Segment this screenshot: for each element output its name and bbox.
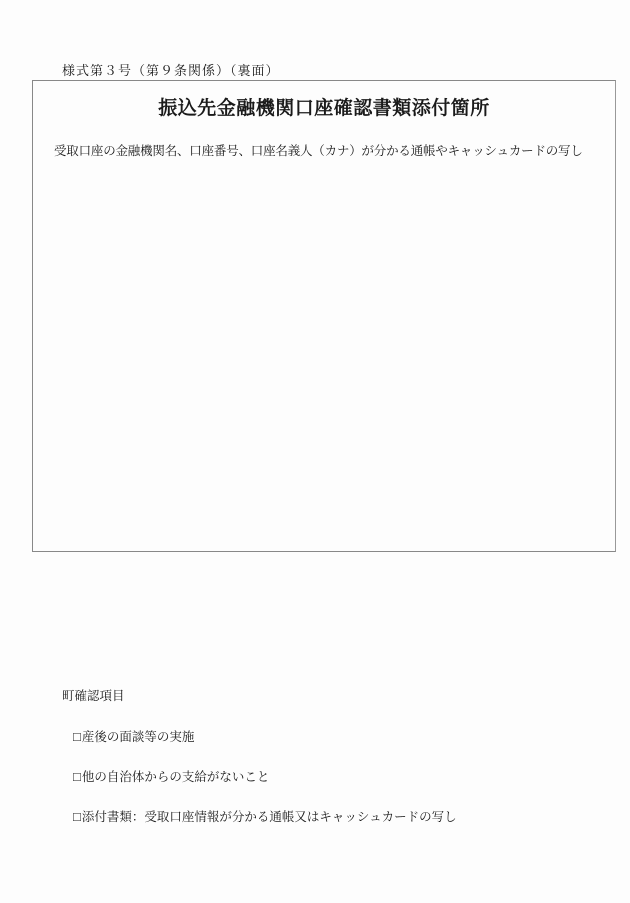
checklist-item: □添付書類：受取口座情報が分かる通帳又はキャッシュカードの写し bbox=[73, 807, 457, 825]
attachment-box-title: 振込先金融機関口座確認書類添付箇所 bbox=[33, 93, 615, 120]
form-number: 様式第３号（第９条関係）（裏面） bbox=[62, 60, 280, 79]
checkbox-icon[interactable]: □ bbox=[73, 729, 81, 744]
checklist-item-label: 産後の面談等の実施 bbox=[82, 730, 195, 744]
document-page: 様式第３号（第９条関係）（裏面） 振込先金融機関口座確認書類添付箇所 受取口座の… bbox=[0, 0, 630, 903]
checklist-item: □他の自治体からの支給がないこと bbox=[73, 767, 269, 785]
checklist-item-label: 他の自治体からの支給がないこと bbox=[82, 770, 270, 784]
checkbox-icon[interactable]: □ bbox=[73, 809, 81, 824]
attachment-box-description: 受取口座の金融機関名、口座番号、口座名義人（カナ）が分かる通帳やキャッシュカード… bbox=[33, 141, 615, 159]
attachment-box: 振込先金融機関口座確認書類添付箇所 受取口座の金融機関名、口座番号、口座名義人（… bbox=[32, 80, 616, 552]
checkbox-icon[interactable]: □ bbox=[73, 769, 81, 784]
checklist-item-label: 添付書類：受取口座情報が分かる通帳又はキャッシュカードの写し bbox=[82, 810, 457, 824]
checklist-heading: 町確認項目 bbox=[62, 686, 125, 704]
checklist-item: □産後の面談等の実施 bbox=[73, 727, 194, 745]
attachment-paste-area bbox=[33, 161, 615, 551]
